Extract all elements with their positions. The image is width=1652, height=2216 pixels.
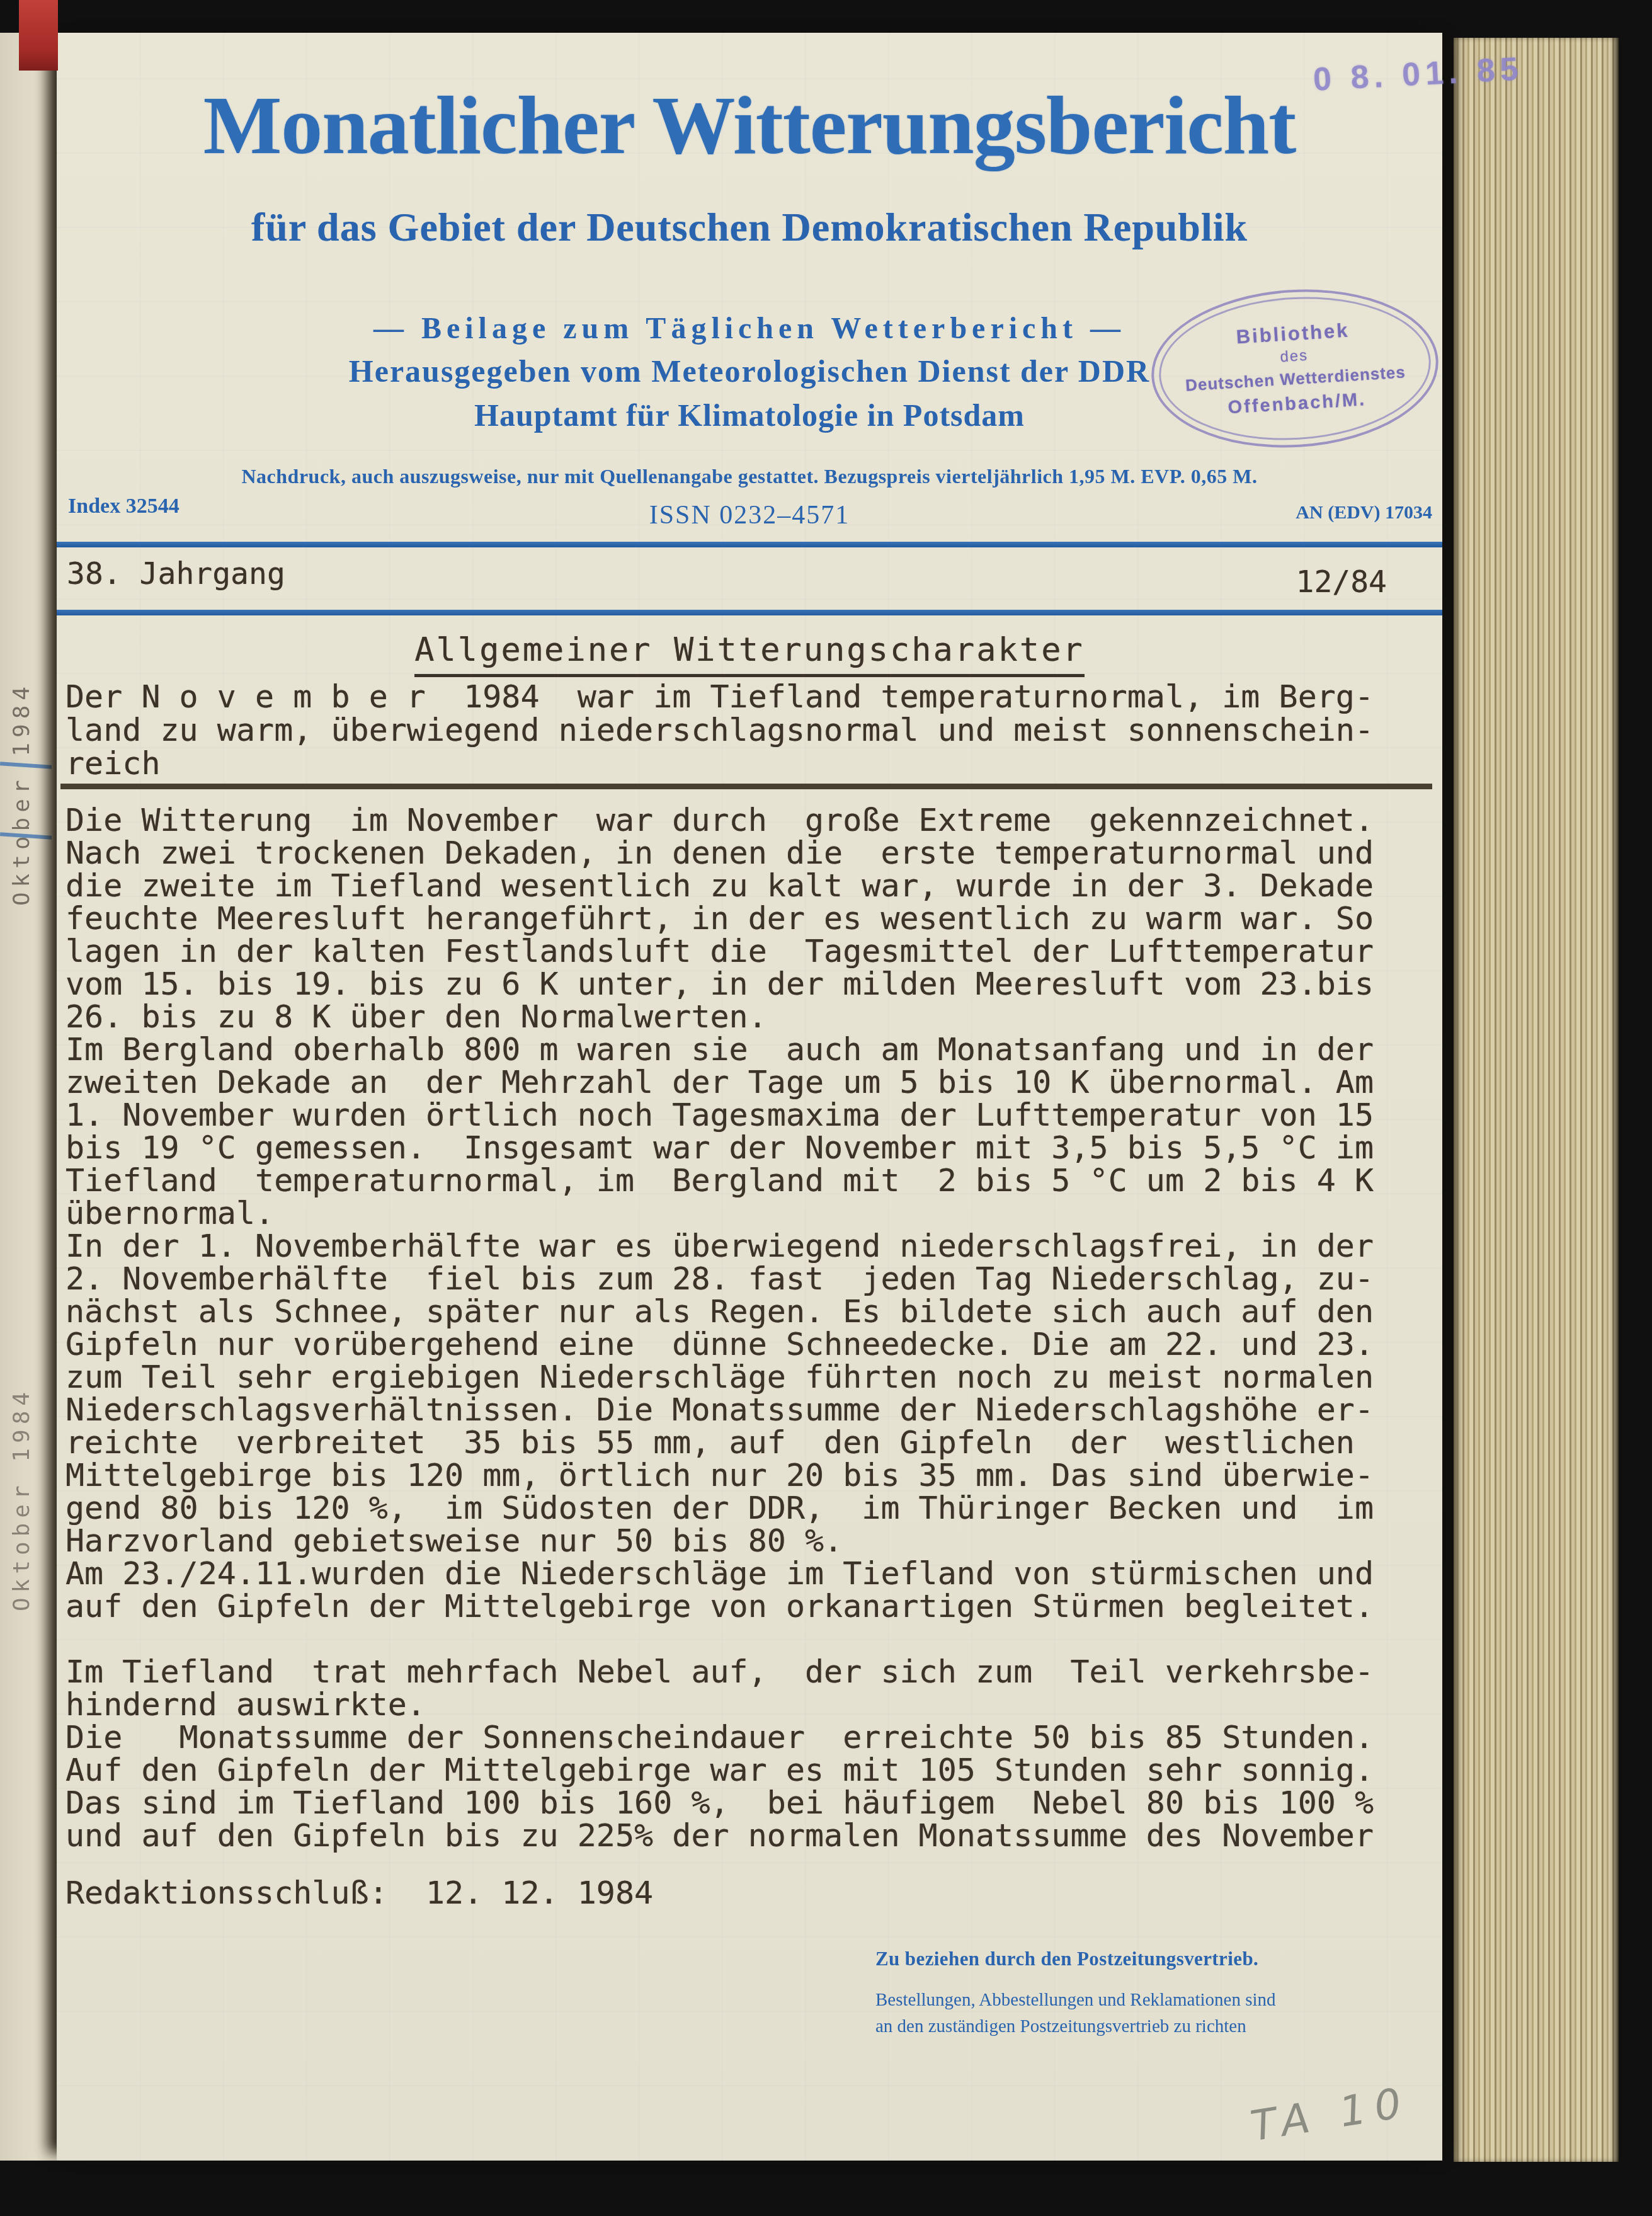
horizontal-rule-top — [57, 542, 1442, 547]
horizontal-rule-mid — [57, 610, 1442, 615]
an-edv-number: AN (EDV) 17034 — [1296, 502, 1432, 523]
previous-page-edge: Oktober 1984 Oktober 1984 — [0, 33, 58, 2161]
issn-number: ISSN 0232–4571 — [57, 500, 1442, 530]
spine-label-bottom: Oktober 1984 — [9, 1387, 35, 1611]
order-note: Zu beziehen durch den Postzeitungsvertri… — [875, 1948, 1275, 1970]
distribution-footer: Zu beziehen durch den Postzeitungsvertri… — [875, 1948, 1275, 2040]
article-heading-text: Allgemeiner Witterungscharakter — [414, 631, 1085, 677]
article-heading: Allgemeiner Witterungscharakter — [57, 631, 1442, 677]
masthead-title: Monatlicher Witterungsbericht — [57, 77, 1442, 173]
reprint-notice: Nachdruck, auch auszugsweise, nur mit Qu… — [57, 465, 1442, 488]
book-scan: Oktober 1984 Oktober 1984 0 8. 01. 85 Bi… — [0, 0, 1652, 2216]
deadline-line: Redaktionsschluß: 12. 12. 1984 — [66, 1875, 653, 1911]
red-bookmark-tab — [19, 0, 58, 71]
article-body: Die Witterung im November war durch groß… — [66, 804, 1374, 1852]
page-fore-edge — [1454, 38, 1619, 2162]
heavy-rule — [60, 784, 1432, 789]
issue-number: 12/84 — [1296, 564, 1387, 600]
spine-label-top: Oktober 1984 — [9, 682, 35, 906]
article-lead: Der N o v e m b e r 1984 war im Tiefland… — [66, 680, 1374, 780]
orders-line2: Bestellungen, Abbestellungen und Reklama… — [875, 1987, 1275, 2013]
masthead-subtitle: für das Gebiet der Deutschen Demokratisc… — [57, 204, 1442, 251]
volume-label: 38. Jahrgang — [67, 556, 285, 591]
orders-line3: an den zuständigen Postzeitungsvertrieb … — [875, 2013, 1275, 2040]
